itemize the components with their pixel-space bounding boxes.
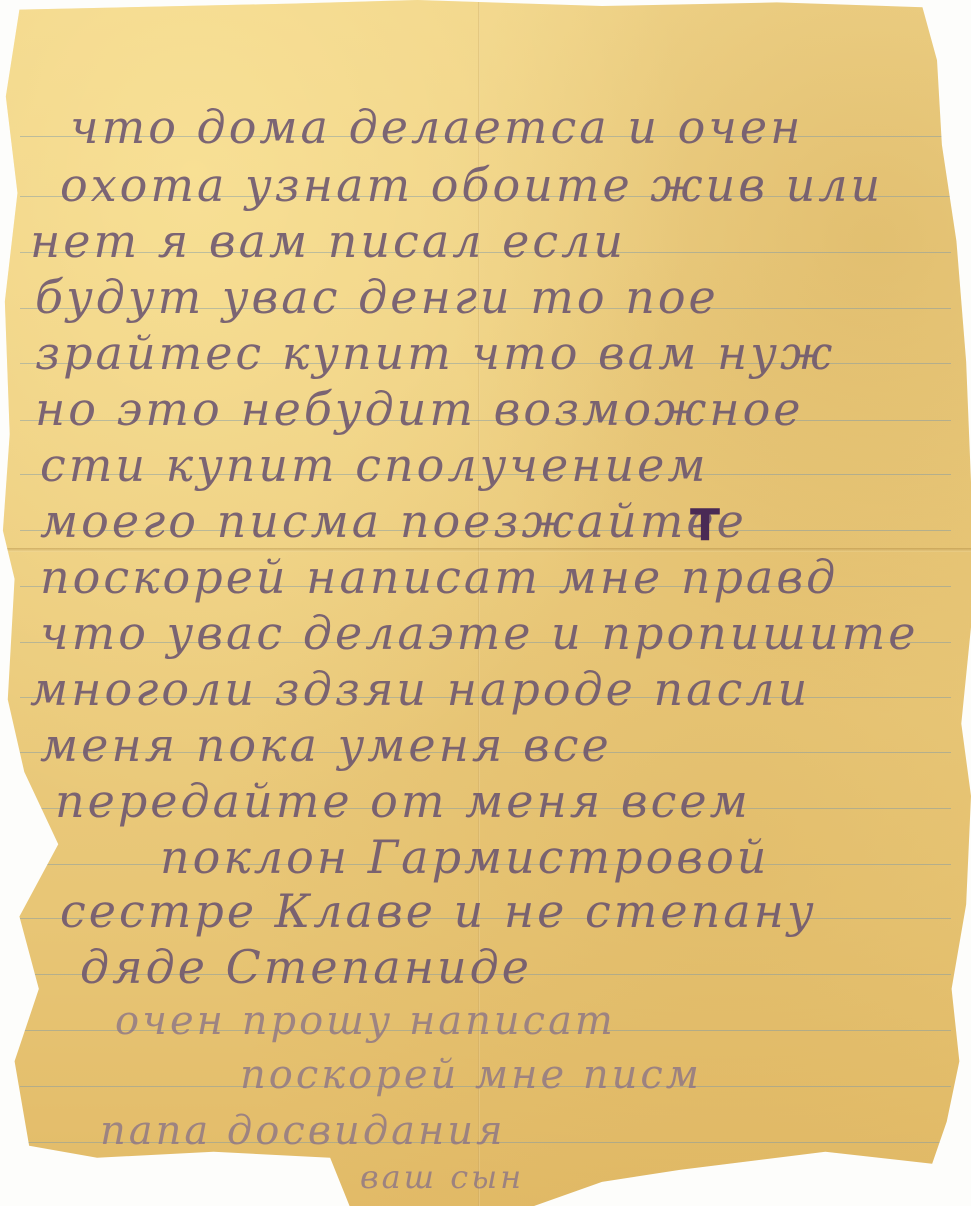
letter-paper: что дома делаетса и очен охота узнат обо… xyxy=(0,0,971,1206)
letter-line-19: папа досвидания xyxy=(100,1108,506,1154)
letter-line-18: поскорей мне писм xyxy=(240,1052,702,1098)
letter-line-13: передайте от меня всем xyxy=(55,774,751,828)
letter-line-17: очен прошу написат xyxy=(115,998,616,1044)
letter-line-4: будут увас денги то пое xyxy=(35,270,719,324)
letter-line-12: меня пока уменя все xyxy=(40,718,612,772)
letter-line-10: что увас делаэте и пропишите xyxy=(40,606,918,660)
letter-line-5: зрайтес купит что вам нуж xyxy=(35,326,835,380)
letter-line-15: сестре Клаве и не степану xyxy=(60,884,817,938)
letter-line-7: сти купит сполучением xyxy=(40,438,708,492)
letter-line-14: поклон Гармистровой xyxy=(160,830,769,884)
letter-line-16: дяде Степанидe xyxy=(80,940,532,994)
letter-line-8: моего писма поезжайтее xyxy=(40,494,747,548)
ink-overwrite-mark: Т xyxy=(690,500,720,551)
letter-line-2: охота узнат обоите жив или xyxy=(60,158,883,212)
letter-line-6: но это небудит возможное xyxy=(35,382,804,436)
letter-line-11: многоли здзяи народе пасли xyxy=(30,662,810,716)
letter-line-9: поскорей написат мне правд xyxy=(40,550,838,604)
letter-line-1: что дома делаетса и очен xyxy=(70,100,803,154)
letter-line-20: ваш сын xyxy=(360,1158,524,1196)
letter-line-3: нет я вам писал если xyxy=(30,214,626,268)
